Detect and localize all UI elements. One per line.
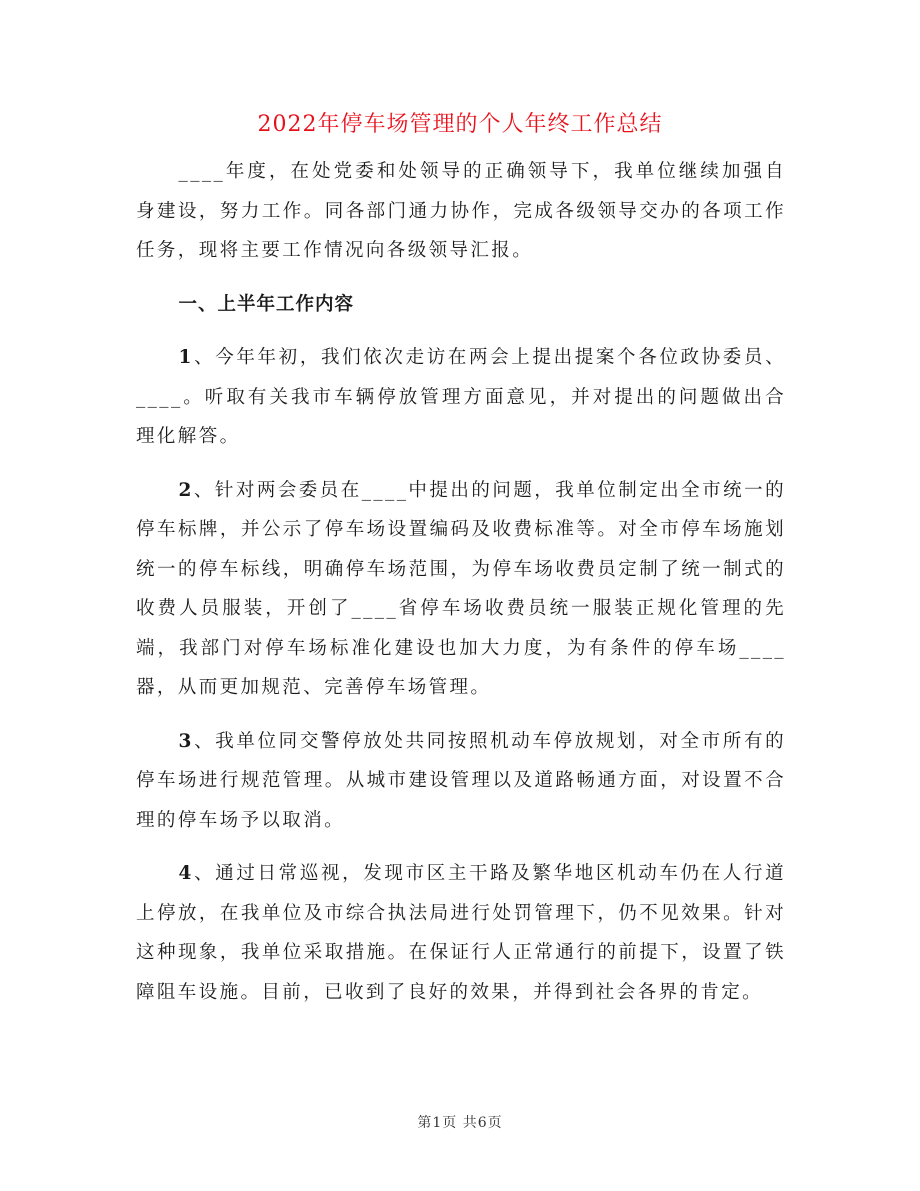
document-body: ____年度，在处党委和处领导的正确领导下，我单位继续加强自身建设，努力工作。同… [136,152,786,1026]
item-text: 、针对两会委员在____中提出的问题，我单位制定出全市统一的停车标牌，并公示了停… [136,480,786,699]
list-item-4: 4、通过日常巡视，发现市区主干路及繁华地区机动车仍在人行道上停放，在我单位及市综… [136,854,786,1012]
item-number: 3 [179,731,194,752]
intro-paragraph: ____年度，在处党委和处领导的正确领导下，我单位继续加强自身建设，努力工作。同… [136,152,786,271]
item-number: 2 [179,480,194,501]
item-number: 4 [179,863,194,884]
item-number: 1 [179,347,194,368]
document-title: 2022年停车场管理的个人年终工作总结 [0,110,920,140]
page-number-footer: 第1页 共6页 [0,1112,920,1132]
list-item-3: 3、我单位同交警停放处共同按照机动车停放规划，对全市所有的停车场进行规范管理。从… [136,722,786,841]
list-item-1: 1、今年年初，我们依次走访在两会上提出提案个各位政协委员、____。听取有关我市… [136,338,786,457]
document-page: 2022年停车场管理的个人年终工作总结 ____年度，在处党委和处领导的正确领导… [0,0,920,1191]
item-text: 、我单位同交警停放处共同按照机动车停放规划，对全市所有的停车场进行规范管理。从城… [136,731,786,831]
section-heading: 一、上半年工作内容 [136,285,786,325]
list-item-2: 2、针对两会委员在____中提出的问题，我单位制定出全市统一的停车标牌，并公示了… [136,471,786,708]
item-text: 、通过日常巡视，发现市区主干路及繁华地区机动车仍在人行道上停放，在我单位及市综合… [136,863,786,1003]
item-text: 、今年年初，我们依次走访在两会上提出提案个各位政协委员、____。听取有关我市车… [136,347,786,447]
